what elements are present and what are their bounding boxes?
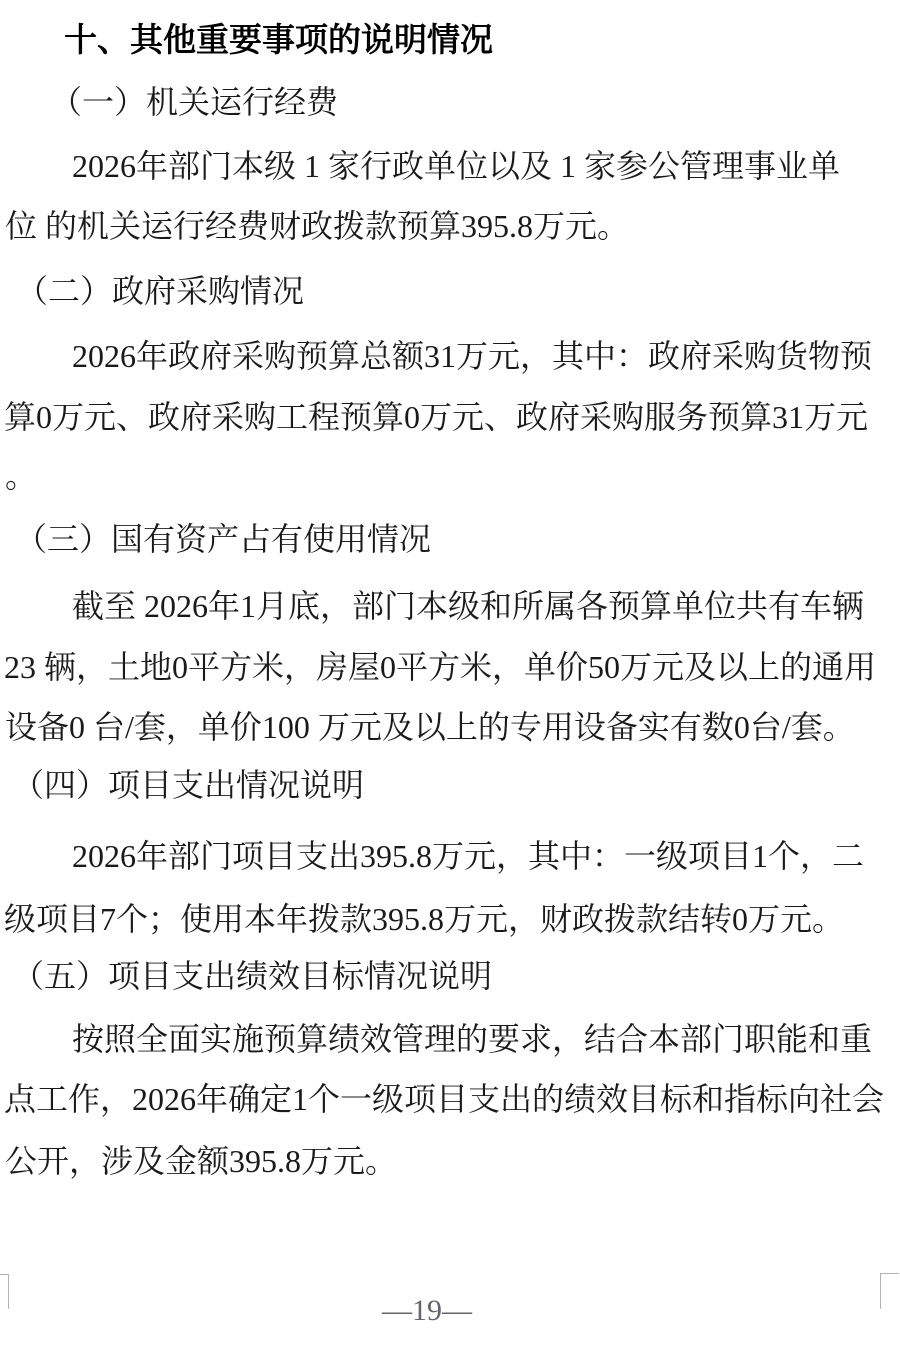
paragraph-line: 算0万元、政府采购工程预算0万元、政府采购服务预算31万元 [4,401,868,433]
paragraph-line: 截至 2026年1月底，部门本级和所属各预算单位共有车辆 [72,590,864,622]
paragraph-line: 公开，涉及金额395.8万元。 [5,1145,397,1177]
document-page: 十、其他重要事项的说明情况 （一）机关运行经费 2026年部门本级 1 家行政单… [0,0,900,1362]
page-number: —19— [0,1296,854,1326]
paragraph-line: 按照全面实施预算绩效管理的要求，结合本部门职能和重 [72,1023,872,1055]
section-heading-3: （三）国有资产占有使用情况 [15,523,431,555]
section-heading-2: （二）政府采购情况 [16,275,304,307]
paragraph-line: 2026年部门项目支出395.8万元，其中：一级项目1个，二 [72,840,864,872]
page-title: 十、其他重要事项的说明情况 [64,23,493,56]
paragraph-line: 位 的机关运行经费财政拨款预算395.8万元。 [5,210,629,242]
section-heading-4: （四）项目支出情况说明 [12,769,364,801]
paragraph-line: 设备0 台/套，单价100 万元及以上的专用设备实有数0台/套。 [5,711,855,743]
paragraph-line: 。 [5,460,37,492]
paragraph-line: 点工作，2026年确定1个一级项目支出的绩效目标和指标向社会 [4,1083,884,1115]
text-boundary-mark-right [880,1273,899,1309]
paragraph-line: 级项目7个；使用本年拨款395.8万元，财政拨款结转0万元。 [4,903,844,935]
section-heading-1: （一）机关运行经费 [50,86,338,118]
paragraph-line: 23 辆，土地0平方米，房屋0平方米，单价50万元及以上的通用 [4,651,876,683]
paragraph-line: 2026年部门本级 1 家行政单位以及 1 家参公管理事业单 [72,150,840,182]
paragraph-line: 2026年政府采购预算总额31万元，其中：政府采购货物预 [72,340,872,372]
section-heading-5: （五）项目支出绩效目标情况说明 [12,960,492,992]
